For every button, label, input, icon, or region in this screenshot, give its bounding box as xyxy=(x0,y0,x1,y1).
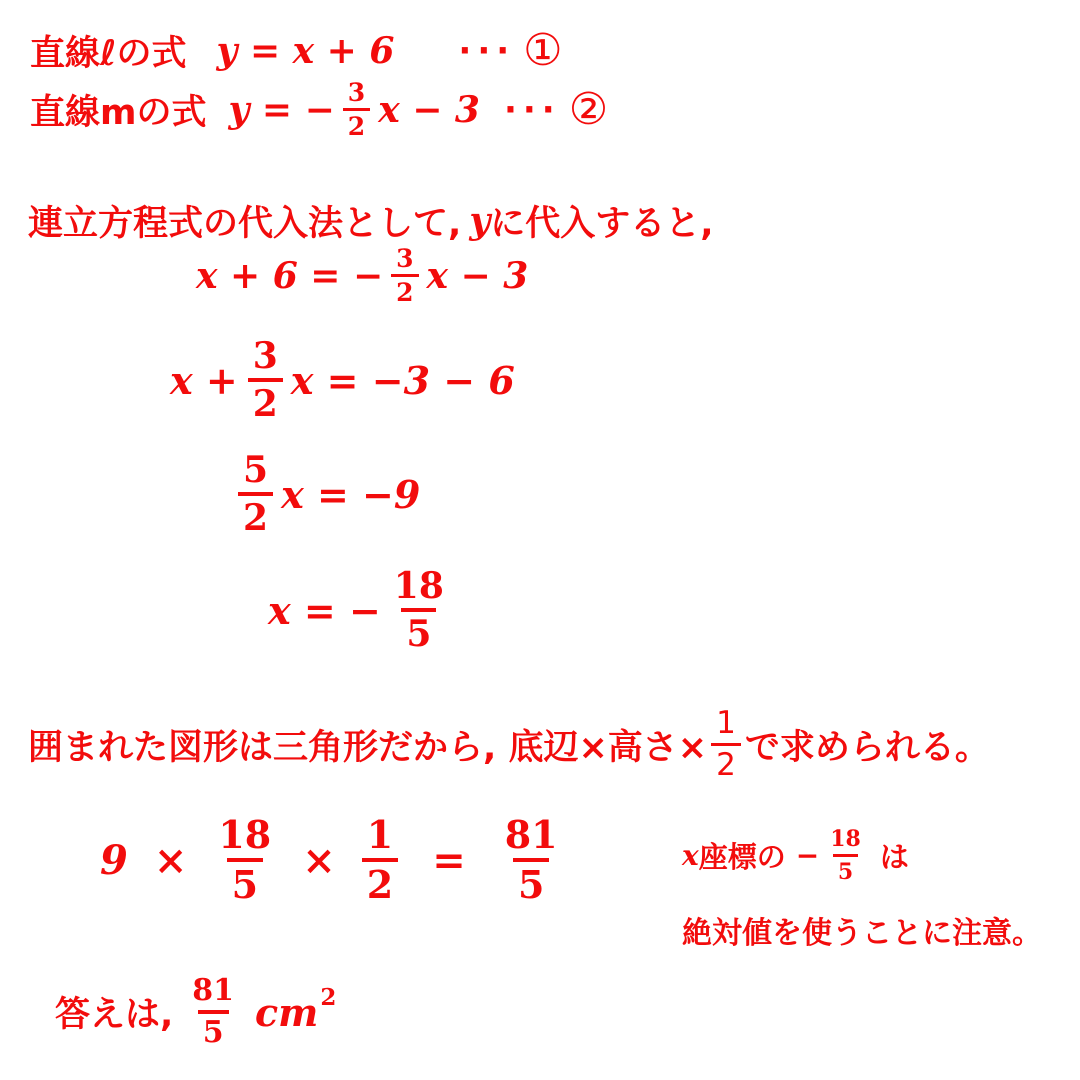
equation-step-2: x + 3 2 x = −3 − 6 xyxy=(170,338,515,422)
step2-pre: x + xyxy=(170,358,238,403)
intro-post: に代入すると, xyxy=(490,196,713,246)
numerator: 18 xyxy=(213,816,276,858)
minus-sign: − xyxy=(796,839,819,872)
denominator: 5 xyxy=(198,1010,229,1048)
intro-pre: 連立方程式の代入法として, xyxy=(28,196,461,246)
equals-sign: = xyxy=(432,837,466,884)
multiply-sign: × xyxy=(302,837,336,884)
triangle-area-sentence: 囲まれた図形は三角形だから, 底辺×高さ× 1 2 で求められる。 xyxy=(28,708,990,781)
fraction-81-5: 81 5 xyxy=(500,816,563,904)
note-line2-text: 絶対値を使うことに注意。 xyxy=(682,908,1042,952)
step1-pre: x + 6 = − xyxy=(196,255,383,297)
note-var-x: x xyxy=(682,839,699,872)
triangle-pre: 囲まれた図形は三角形だから, 底辺×高さ× xyxy=(28,720,707,770)
line-l-label: 直線ℓの式 xyxy=(30,26,187,76)
area-calculation: 9 × 18 5 × 1 2 = 81 5 xyxy=(100,816,563,904)
step1-post: x − 3 xyxy=(427,255,529,297)
step4-pre: x = − xyxy=(268,588,381,633)
multiply-sign: × xyxy=(154,837,188,884)
numerator: 81 xyxy=(187,976,239,1010)
step3-post: x = −9 xyxy=(281,472,420,517)
denominator: 5 xyxy=(227,858,263,904)
side-note-line-1: x 座標の − 18 5 は xyxy=(682,828,909,883)
answer-unit: cm xyxy=(255,990,318,1035)
substitution-intro: 連立方程式の代入法として, y に代入すると, xyxy=(28,196,714,246)
fraction-18-5: 18 5 xyxy=(213,816,276,904)
answer-exponent: 2 xyxy=(320,984,336,1011)
circled-number-1: ① xyxy=(523,29,562,73)
equation-step-4: x = − 18 5 xyxy=(268,568,449,652)
math-worksheet: 直線ℓの式 y = x + 6 ··· ① 直線mの式 y = − 3 2 x … xyxy=(0,0,1080,1080)
denominator: 5 xyxy=(833,854,858,883)
fraction-3-2: 3 2 xyxy=(343,80,370,139)
note-text: 座標の xyxy=(699,835,786,876)
denominator: 2 xyxy=(238,492,273,536)
fraction-5-2: 5 2 xyxy=(238,452,273,536)
line-l-dots: ··· xyxy=(458,31,515,71)
numerator: 18 xyxy=(825,828,866,854)
fraction-18-5: 18 5 xyxy=(389,568,449,652)
fraction-3-2: 3 2 xyxy=(248,338,283,422)
numerator: 18 xyxy=(389,568,449,608)
line-m-label: 直線mの式 xyxy=(30,85,206,135)
line-m-dots: ··· xyxy=(504,90,561,130)
line-l-equation: y = x + 6 xyxy=(217,30,395,72)
numerator: 1 xyxy=(711,708,741,743)
denominator: 2 xyxy=(248,378,283,422)
calc-factor: 9 xyxy=(100,837,128,884)
note-post: は xyxy=(880,835,909,876)
fraction-1-2: 1 2 xyxy=(711,708,741,781)
numerator: 1 xyxy=(362,816,398,858)
equation-step-1: x + 6 = − 3 2 x − 3 xyxy=(196,246,528,305)
line-m-statement: 直線mの式 y = − 3 2 x − 3 ··· ② xyxy=(30,80,608,139)
denominator: 2 xyxy=(711,743,741,781)
step2-post: x = −3 − 6 xyxy=(291,358,515,403)
denominator: 5 xyxy=(401,608,436,652)
numerator: 5 xyxy=(238,452,273,492)
circled-number-2: ② xyxy=(569,88,608,132)
numerator: 3 xyxy=(248,338,283,378)
fraction-81-5: 81 5 xyxy=(187,976,239,1048)
answer-label: 答えは, xyxy=(55,987,173,1037)
fraction-3-2: 3 2 xyxy=(391,246,418,305)
denominator: 2 xyxy=(391,274,418,305)
numerator: 3 xyxy=(391,246,418,274)
answer-line: 答えは, 81 5 cm 2 xyxy=(55,976,336,1048)
line-l-statement: 直線ℓの式 y = x + 6 ··· ① xyxy=(30,26,563,76)
line-m-eq-post: x − 3 xyxy=(378,89,480,131)
intro-var-y: y xyxy=(469,200,490,242)
denominator: 2 xyxy=(343,108,370,139)
numerator: 3 xyxy=(343,80,370,108)
line-m-eq-pre: y = − xyxy=(228,89,334,131)
equation-step-3: 5 2 x = −9 xyxy=(238,452,420,536)
fraction-18-5: 18 5 xyxy=(825,828,866,883)
triangle-post: で求められる。 xyxy=(745,720,990,770)
denominator: 2 xyxy=(362,858,398,904)
fraction-1-2: 1 2 xyxy=(362,816,398,904)
numerator: 81 xyxy=(500,816,563,858)
side-note-line-2: 絶対値を使うことに注意。 xyxy=(682,908,1042,952)
denominator: 5 xyxy=(513,858,549,904)
